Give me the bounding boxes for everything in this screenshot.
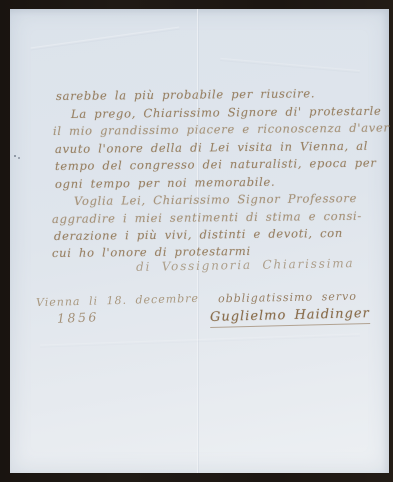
letter-paper: sarebbe la più probabile per riuscire. L… <box>10 9 389 473</box>
scan-frame: sarebbe la più probabile per riuscire. L… <box>0 0 393 482</box>
letter-signature: Guglielmo Haidinger <box>210 306 370 328</box>
margin-mark <box>14 155 16 157</box>
letter-line: aggradire i miei sentimenti di stima e c… <box>52 209 362 226</box>
letter-line: derazione i più vivi, distinti e devoti,… <box>54 226 343 243</box>
letter-closing: di Vossignoria Chiarissima <box>136 256 355 274</box>
letter-valediction: obbligatissimo servo <box>218 290 357 305</box>
letter-year: 1856 <box>57 309 99 325</box>
paper-crease <box>220 58 360 73</box>
paper-crease <box>31 27 180 51</box>
letter-line: ogni tempo per noi memorabile. <box>55 175 275 191</box>
scan-background: { "letter": { "body_lines": [ "sarebbe l… <box>0 0 393 482</box>
letter-line: il mio grandissimo piacere e riconoscenz… <box>53 120 390 138</box>
letter-line: avuto l'onore della di Lei visita in Vie… <box>55 139 368 156</box>
letter-line: tempo del congresso dei naturalisti, epo… <box>55 156 377 173</box>
letter-line: sarebbe la più probabile per riuscire. <box>56 86 315 103</box>
letter-place-date: Vienna li 18. decembre <box>36 292 199 309</box>
letter-line: La prego, Chiarissimo Signore di' protes… <box>71 104 382 121</box>
letter-line: Voglia Lei, Chiarissimo Signor Professor… <box>74 191 357 208</box>
paper-crease <box>40 333 360 347</box>
